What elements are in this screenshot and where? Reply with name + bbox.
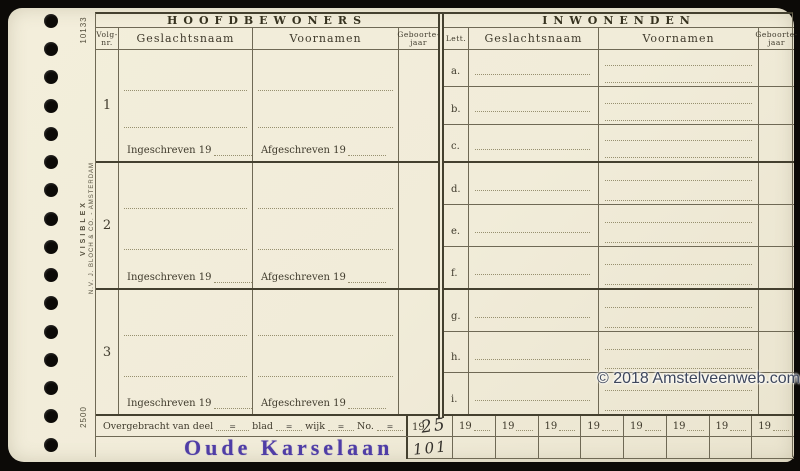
letter-label: b.	[444, 87, 469, 123]
writing-line	[475, 317, 590, 318]
lodger-row-a: a.	[444, 50, 794, 87]
writing-line	[605, 390, 752, 391]
lodger-row-h: h.	[444, 332, 794, 374]
volgnr-line2: nr.	[101, 39, 112, 47]
writing-line	[258, 335, 393, 336]
punch-hole	[44, 438, 58, 452]
writing-line	[605, 349, 752, 350]
wijk-entry: =	[328, 422, 354, 431]
punch-hole	[44, 155, 58, 169]
writing-line	[605, 103, 752, 104]
writing-line	[605, 140, 752, 141]
geboortejaar-line2: jaar	[768, 39, 785, 47]
column-header-volgnr: Volg- nr.	[96, 28, 119, 49]
writing-line	[124, 127, 247, 128]
street-name-stamp: Oude Karselaan	[184, 435, 393, 461]
geboortejaar-cell	[399, 50, 438, 161]
lodger-row-c: c.	[444, 125, 794, 161]
voornamen-cell	[599, 87, 759, 123]
punch-hole	[44, 14, 58, 28]
handwritten-house-number: 101	[412, 437, 448, 459]
writing-line	[475, 111, 590, 112]
column-header-geslachtsnaam: Geslachtsnaam	[469, 28, 599, 49]
blank-cell	[496, 437, 539, 459]
column-header-geslachtsnaam: Geslachtsnaam	[119, 28, 253, 49]
year-blank-cell: 19	[453, 416, 496, 436]
geboortejaar-cell	[759, 125, 794, 161]
year-blank-cell: 19	[710, 416, 753, 436]
overgebracht-row: Overgebracht van deel = blad = wijk = No…	[96, 416, 794, 437]
writing-line	[605, 120, 752, 121]
writing-line	[605, 157, 752, 158]
voornamen-cell	[599, 50, 759, 86]
voornamen-cell	[599, 163, 759, 204]
writing-line	[605, 82, 752, 83]
blad-entry: =	[276, 422, 302, 431]
deel-pencil-mark: =	[216, 422, 249, 431]
writing-line	[258, 127, 393, 128]
voornamen-cell: Afgeschreven 19	[253, 50, 399, 161]
punch-hole	[44, 70, 58, 84]
geslachtsnaam-cell	[469, 50, 599, 86]
writing-line	[605, 307, 752, 308]
year-blank-cell: 19	[667, 416, 710, 436]
writing-line	[475, 149, 590, 150]
house-number-cell: 101	[408, 437, 453, 459]
letter-label: g.	[444, 290, 469, 331]
register-form: HOOFDBEWONERS INWONENDEN Volg- nr. Gesla…	[95, 12, 793, 457]
geslachtsnaam-cell	[469, 125, 599, 161]
geslachtsnaam-cell: Ingeschreven 19	[119, 50, 253, 161]
no-pencil-mark: =	[377, 422, 403, 431]
letter-label: f.	[444, 247, 469, 288]
geboortejaar-cell	[759, 205, 794, 246]
afgeschreven-label: Afgeschreven 19	[261, 145, 386, 156]
punch-hole	[44, 296, 58, 310]
year-cell: 19 25	[408, 416, 453, 436]
column-header-geboortejaar: Geboorte- jaar	[759, 28, 794, 49]
resident-block-2: 2 Ingeschreven 19 Afgeschreven 19	[96, 163, 438, 290]
row-number: 3	[96, 290, 119, 414]
lodger-row-b: b.	[444, 87, 794, 124]
geslachtsnaam-label: Geslachtsnaam	[137, 32, 235, 45]
voornamen-label: Voornamen	[289, 32, 361, 45]
punch-hole	[44, 240, 58, 254]
print-code-bottom: 2500	[78, 397, 90, 437]
voornamen-cell: Afgeschreven 19	[253, 290, 399, 414]
writing-line	[475, 359, 590, 360]
left-table-header: Volg- nr. Geslachtsnaam Voornamen Geboor…	[96, 28, 438, 50]
stamp-row: Oude Karselaan 101	[96, 437, 794, 459]
no-label: No.	[357, 421, 374, 432]
punch-hole	[44, 409, 58, 423]
geboortejaar-cell	[759, 290, 794, 331]
handwritten-year: 25	[420, 414, 448, 437]
punch-hole	[44, 99, 58, 113]
copyright-watermark: © 2018 Amstelveenweb.com	[597, 370, 800, 388]
letter-label: d.	[444, 163, 469, 204]
ingeschreven-label: Ingeschreven 19	[127, 398, 252, 409]
writing-line	[124, 208, 247, 209]
writing-line	[124, 376, 247, 377]
geslachtsnaam-label: Geslachtsnaam	[485, 32, 583, 45]
right-table-header: Lett. Geslachtsnaam Voornamen Geboorte- …	[444, 28, 794, 50]
writing-line	[605, 242, 752, 243]
writing-line	[258, 208, 393, 209]
blank-cell	[539, 437, 582, 459]
geslachtsnaam-cell	[469, 290, 599, 331]
year-blank-cell: 19	[539, 416, 582, 436]
lett-label: Lett.	[446, 35, 466, 43]
lodger-group-3: g. h. i.	[444, 290, 794, 416]
geslachtsnaam-cell	[469, 87, 599, 123]
writing-line	[605, 65, 752, 66]
geboortejaar-cell	[399, 163, 438, 288]
year-blank-cell: 19	[581, 416, 624, 436]
writing-line	[475, 274, 590, 275]
lodger-row-e: e.	[444, 205, 794, 247]
writing-line	[124, 90, 247, 91]
punch-hole	[44, 183, 58, 197]
writing-line	[258, 376, 393, 377]
lodger-group-2: d. e. f.	[444, 163, 794, 290]
punch-hole	[44, 325, 58, 339]
brand-name: VISIBLEX	[79, 153, 88, 303]
punch-hole	[44, 381, 58, 395]
voornamen-cell	[599, 247, 759, 288]
column-header-geboortejaar: Geboorte- jaar	[399, 28, 438, 49]
geboortejaar-cell	[759, 87, 794, 123]
punch-hole	[44, 212, 58, 226]
wijk-pencil-mark: =	[328, 422, 354, 431]
geboortejaar-cell	[399, 290, 438, 414]
geslachtsnaam-cell	[469, 163, 599, 204]
section-title-hoofdbewoners: HOOFDBEWONERS	[96, 14, 438, 28]
blank-cell	[624, 437, 667, 459]
writing-line	[605, 180, 752, 181]
geboortejaar-cell	[759, 247, 794, 288]
geslachtsnaam-cell	[469, 373, 599, 414]
voornamen-label: Voornamen	[642, 32, 714, 45]
ingeschreven-label: Ingeschreven 19	[127, 145, 252, 156]
writing-line	[475, 190, 590, 191]
letter-label: a.	[444, 50, 469, 86]
street-stamp-cell: Oude Karselaan	[96, 437, 408, 459]
blad-label: blad	[252, 421, 273, 432]
geslachtsnaam-cell	[469, 247, 599, 288]
scanned-register-card-photo: { "page": { "copyright": "© 2018 Amstelv…	[0, 0, 800, 471]
geboortejaar-cell	[759, 332, 794, 373]
overgebracht-cell: Overgebracht van deel = blad = wijk = No…	[96, 416, 408, 436]
writing-line	[605, 284, 752, 285]
column-header-voornamen: Voornamen	[599, 28, 759, 49]
writing-line	[475, 400, 590, 401]
wijk-label: wijk	[305, 421, 325, 432]
lodger-row-d: d.	[444, 163, 794, 205]
column-header-lett: Lett.	[444, 28, 469, 49]
letter-label: c.	[444, 125, 469, 161]
year-blank-cell: 19	[752, 416, 794, 436]
geboortejaar-cell	[759, 50, 794, 86]
punch-hole	[44, 353, 58, 367]
writing-line	[605, 222, 752, 223]
voornamen-cell	[599, 125, 759, 161]
geslachtsnaam-cell: Ingeschreven 19	[119, 290, 253, 414]
blank-cell	[453, 437, 496, 459]
lodger-group-1: a. b. c.	[444, 50, 794, 163]
afgeschreven-label: Afgeschreven 19	[261, 398, 386, 409]
writing-line	[605, 264, 752, 265]
voornamen-cell	[599, 290, 759, 331]
no-entry: =	[377, 422, 403, 431]
resident-block-1: 1 Ingeschreven 19 Afgeschreven 19	[96, 50, 438, 163]
writing-line	[124, 335, 247, 336]
geslachtsnaam-cell	[469, 205, 599, 246]
section-title-inwonenden: INWONENDEN	[444, 14, 794, 28]
punch-hole	[44, 127, 58, 141]
resident-block-3: 3 Ingeschreven 19 Afgeschreven 19	[96, 290, 438, 416]
year-blank-cell: 19	[624, 416, 667, 436]
voornamen-cell: Afgeschreven 19	[253, 163, 399, 288]
writing-line	[605, 327, 752, 328]
writing-line	[258, 90, 393, 91]
year-blank-cell: 19	[496, 416, 539, 436]
writing-line	[124, 249, 247, 250]
letter-label: i.	[444, 373, 469, 414]
writing-line	[475, 74, 590, 75]
row-number: 1	[96, 50, 119, 161]
ingeschreven-label: Ingeschreven 19	[127, 272, 252, 283]
writing-line	[475, 232, 590, 233]
letter-label: e.	[444, 205, 469, 246]
punch-hole	[44, 42, 58, 56]
print-code-top: 10133	[78, 10, 90, 50]
voornamen-cell	[599, 205, 759, 246]
row-number: 2	[96, 163, 119, 288]
lodger-row-f: f.	[444, 247, 794, 288]
blank-cell	[667, 437, 710, 459]
blank-cell	[581, 437, 624, 459]
geboortejaar-line2: jaar	[410, 39, 427, 47]
lodger-row-g: g.	[444, 290, 794, 332]
column-header-voornamen: Voornamen	[253, 28, 399, 49]
geslachtsnaam-cell: Ingeschreven 19	[119, 163, 253, 288]
letter-label: h.	[444, 332, 469, 373]
overgebracht-label: Overgebracht van deel	[103, 421, 213, 432]
blank-cell	[710, 437, 753, 459]
blank-cell	[752, 437, 794, 459]
deel-entry: =	[216, 422, 249, 431]
geboortejaar-cell	[759, 163, 794, 204]
afgeschreven-label: Afgeschreven 19	[261, 272, 386, 283]
writing-line	[605, 200, 752, 201]
writing-line	[605, 410, 752, 411]
punch-hole	[44, 268, 58, 282]
geslachtsnaam-cell	[469, 332, 599, 373]
writing-line	[258, 249, 393, 250]
voornamen-cell	[599, 332, 759, 373]
blad-pencil-mark: =	[276, 422, 302, 431]
